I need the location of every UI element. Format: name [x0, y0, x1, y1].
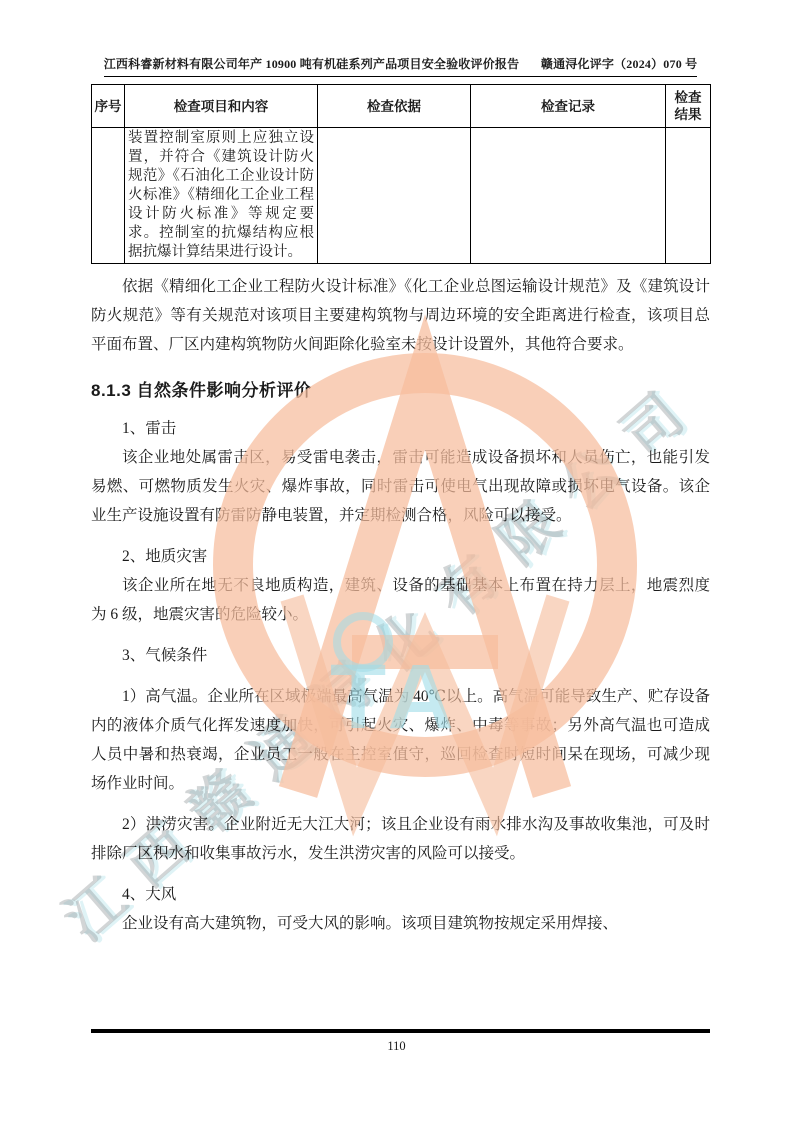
- paragraph-flood: 2）洪涝灾害。企业附近无大江大河；该且企业设有雨水排水沟及事故收集池，可及时排除…: [91, 810, 710, 868]
- doc-number: 赣通浔化评字（2024）070 号: [541, 57, 697, 71]
- list-item-geology-label: 2、地质灾害: [91, 542, 710, 571]
- cell-seq: [92, 128, 125, 264]
- col-header-seq: 序号: [92, 85, 125, 128]
- section-heading-8-1-3: 8.1.3 自然条件影响分析评价: [91, 376, 710, 401]
- paragraph-fire-distance-check: 依据《精细化工企业工程防火设计标准》《化工企业总图运输设计规范》及《建筑设计防火…: [91, 272, 710, 359]
- list-item-climate-label: 3、气候条件: [91, 641, 710, 670]
- document-page: 江西赣通浔化有限公司 江西科睿新材料有限公司年产 10900 吨有机硅系列产品项…: [0, 0, 793, 1122]
- col-header-basis: 检查依据: [318, 85, 471, 128]
- col-header-result: 检查结果: [666, 85, 711, 128]
- paragraph-geology: 该企业所在地无不良地质构造，建筑、设备的基础基本上布置在持力层上，地震烈度为 6…: [91, 571, 710, 629]
- list-item-wind-label: 4、大风: [91, 880, 710, 909]
- col-header-record: 检查记录: [471, 85, 666, 128]
- page-number: 110: [0, 1039, 793, 1054]
- paragraph-wind: 企业设有高大建筑物，可受大风的影响。该项目建筑物按规定采用焊接、: [91, 909, 710, 938]
- col-header-item: 检查项目和内容: [125, 85, 318, 128]
- table-header-row: 序号 检查项目和内容 检查依据 检查记录 检查结果: [92, 85, 711, 128]
- page-header: 江西科睿新材料有限公司年产 10900 吨有机硅系列产品项目安全验收评价报告赣通…: [91, 55, 710, 77]
- footer-divider: [91, 1029, 710, 1033]
- list-item-lightning-label: 1、雷击: [91, 414, 710, 443]
- cell-item: 装置控制室原则上应独立设置，并符合《建筑设计防火规范》《石油化工企业设计防火标准…: [125, 128, 318, 264]
- cell-record: [471, 128, 666, 264]
- cell-result: [666, 128, 711, 264]
- page-header-line: 江西科睿新材料有限公司年产 10900 吨有机硅系列产品项目安全验收评价报告赣通…: [104, 55, 698, 77]
- table-row: 装置控制室原则上应独立设置，并符合《建筑设计防火规范》《石油化工企业设计防火标准…: [92, 128, 711, 264]
- inspection-table: 序号 检查项目和内容 检查依据 检查记录 检查结果 装置控制室原则上应独立设置，…: [91, 84, 711, 264]
- report-title: 江西科睿新材料有限公司年产 10900 吨有机硅系列产品项目安全验收评价报告: [104, 57, 520, 71]
- paragraph-high-temperature: 1）高气温。企业所在区域极端最高气温为 40℃以上。高气温可能导致生产、贮存设备…: [91, 682, 710, 798]
- cell-basis: [318, 128, 471, 264]
- paragraph-lightning: 该企业地处属雷击区，易受雷电袭击，雷击可能造成设备损坏和人员伤亡，也能引发易燃、…: [91, 443, 710, 530]
- document-content: 江西科睿新材料有限公司年产 10900 吨有机硅系列产品项目安全验收评价报告赣通…: [91, 55, 710, 938]
